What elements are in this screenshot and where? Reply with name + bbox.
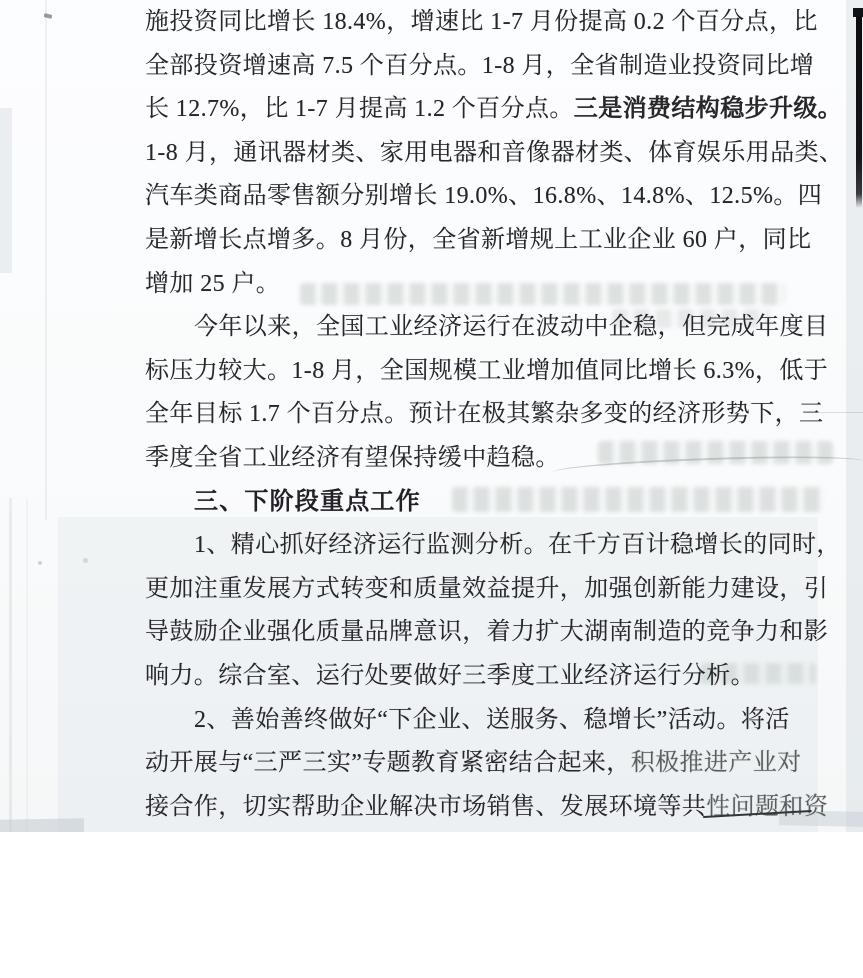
document-line: 季度全省工业经济有望保持缓中趋稳。	[145, 437, 855, 481]
ink-speck	[38, 561, 42, 565]
line-text: 动开展与“三严三实”专题教育紧密结合起来，	[145, 750, 631, 776]
section-heading: 三、下阶段重点工作	[145, 481, 855, 525]
pen-underlined-text: 性问题和	[706, 794, 804, 820]
document-line: 动开展与“三严三实”专题教育紧密结合起来，积极推进产业对	[145, 742, 855, 786]
ink-speck	[44, 13, 53, 19]
scan-bottom-left-shadow	[0, 818, 84, 832]
document-line: 全部投资增速高 7.5 个百分点。1-8 月，全省制造业投资同比增	[145, 45, 855, 89]
document-line: 全年目标 1.7 个百分点。预计在极其繁杂多变的经济形势下，三	[145, 393, 855, 437]
document-line: 接合作，切实帮助企业解决市场销售、发展环境等共性问题和资	[145, 786, 855, 830]
document-line: 导鼓励企业强化质量品牌意识，着力扩大湖南制造的竞争力和影	[145, 611, 855, 655]
document-line: 增加 25 户。	[145, 263, 855, 307]
line-text: 资	[804, 794, 828, 820]
ink-speck	[83, 558, 88, 563]
line-text: 接合作，切实帮助企业解决市场销售、发展环境等共	[145, 794, 706, 820]
paper-crease-vertical	[26, 498, 28, 832]
scanned-document-page: { "colors": { "ink": "#26262b", "paper":…	[0, 0, 863, 978]
left-edge-shadow	[0, 108, 12, 273]
document-line: 响力。综合室、运行处要做好三季度工业经济运行分析。	[145, 655, 855, 699]
document-line: 汽车类商品零售额分别增长 19.0%、16.8%、14.8%、12.5%。四	[145, 175, 855, 219]
document-text-block: 施投资同比增长 18.4%，增速比 1-7 月份提高 0.2 个百分点，比 全部…	[145, 1, 855, 829]
bold-phrase: 三是消费结构稳步升级。	[574, 96, 842, 122]
paper-crease-vertical	[9, 498, 12, 832]
faded-phrase: 积极推进产业对	[631, 750, 802, 776]
scan-region: 施投资同比增长 18.4%，增速比 1-7 月份提高 0.2 个百分点，比 全部…	[0, 0, 863, 832]
scanner-edge-bar	[856, 8, 862, 208]
document-line: 是新增长点增多。8 月份，全省新增规上工业企业 60 户，同比	[145, 219, 855, 263]
document-line: 更加注重发展方式转变和质量效益提升，加强创新能力建设，引	[145, 568, 855, 612]
paper-crease-vertical	[45, 0, 47, 520]
document-line: 2、善始善终做好“下企业、送服务、稳增长”活动。将活	[145, 699, 855, 743]
line-text: 长 12.7%，比 1-7 月提高 1.2 个百分点。	[145, 96, 574, 122]
document-line: 施投资同比增长 18.4%，增速比 1-7 月份提高 0.2 个百分点，比	[145, 1, 855, 45]
document-line: 1、精心抓好经济运行监测分析。在千方百计稳增长的同时，	[145, 524, 855, 568]
document-line: 标压力较大。1-8 月，全国规模工业增加值同比增长 6.3%，低于	[145, 350, 855, 394]
document-line: 长 12.7%，比 1-7 月提高 1.2 个百分点。三是消费结构稳步升级。	[145, 88, 855, 132]
document-line: 1-8 月，通讯器材类、家用电器和音像器材类、体育娱乐用品类、	[145, 132, 855, 176]
document-line: 今年以来，全国工业经济运行在波动中企稳，但完成年度目	[145, 306, 855, 350]
